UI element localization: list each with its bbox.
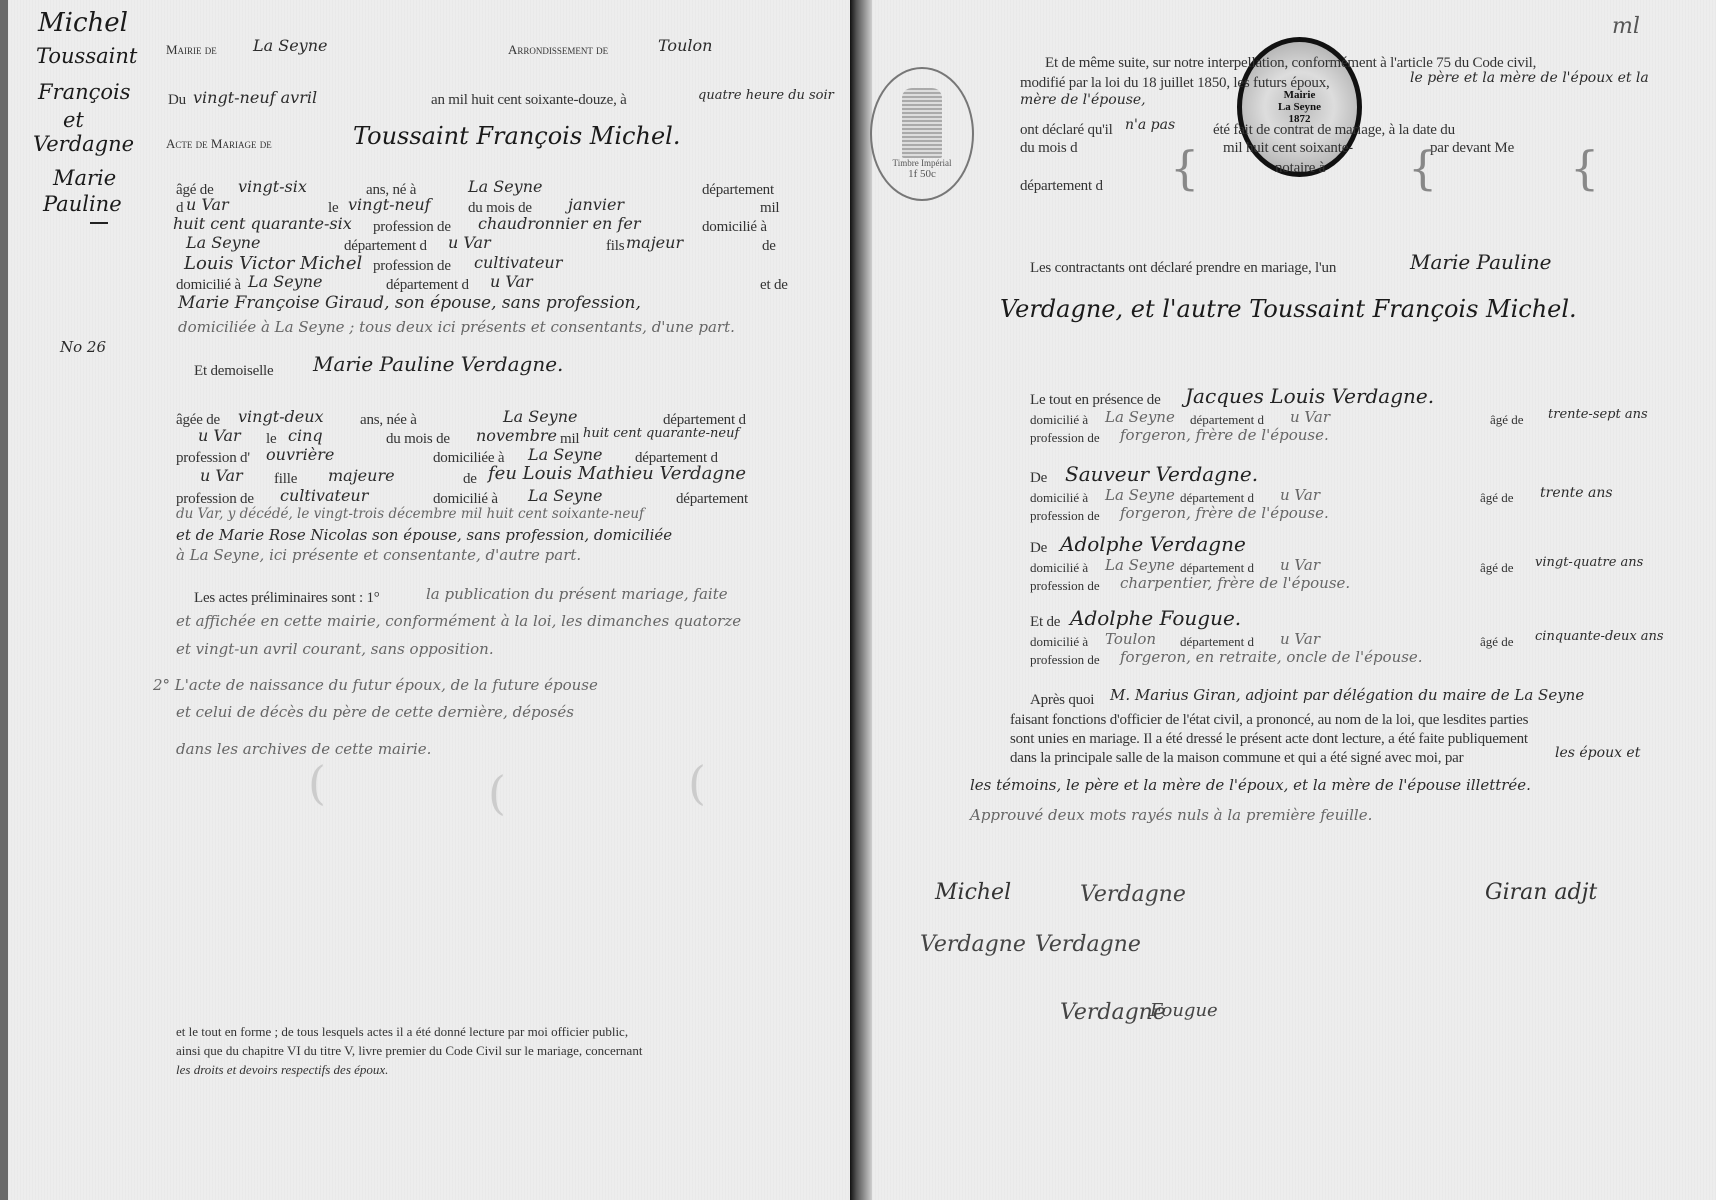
bride-profession: ouvrière (266, 445, 334, 464)
preliminary-line-3: et vingt-un avril courant, sans oppositi… (176, 640, 494, 658)
arrondissement-label: Arrondissement de (508, 42, 608, 58)
stamp-figure-icon (902, 88, 942, 158)
witness-intro: Et de (1030, 614, 1060, 631)
bride-mother-line: et de Marie Rose Nicolas son épouse, san… (176, 526, 672, 544)
groom-domicile-label: domicilié à (702, 219, 767, 236)
hour-value: quatre heure du soir (698, 88, 834, 103)
contract-dept-label: département d (1020, 178, 1103, 195)
witness-intro: Le tout en présence de (1030, 392, 1161, 409)
blank-brace: { (1408, 145, 1437, 191)
groom-of-label: de (762, 238, 776, 255)
consent-parents-2: mère de l'épouse, (1020, 92, 1146, 108)
witness-domicile: La Seyne (1105, 556, 1175, 574)
groom-and-of-label: et de (760, 277, 788, 294)
groom-dept: u Var (186, 195, 229, 214)
bride-father-name: feu Louis Mathieu Verdagne (488, 463, 746, 484)
groom-father-profession: cultivateur (474, 253, 562, 272)
groom-father-dept-label: département d (386, 277, 469, 294)
signers-2: les témoins, le père et la mère de l'épo… (970, 776, 1531, 794)
bride-daughter-status: majeure (328, 466, 395, 485)
approval-note: Approuvé deux mots rayés nuls à la premi… (970, 806, 1372, 824)
pronouncement-line-3: sont unies en mariage. Il a été dressé l… (1010, 731, 1528, 748)
witness-dept: u Var (1290, 408, 1330, 426)
closing-line-2: ainsi que du chapitre VI du titre V, liv… (176, 1043, 642, 1059)
bride-birth-year: huit cent quarante-neuf (583, 426, 739, 441)
declaration-bride: Marie Pauline (1410, 250, 1551, 274)
margin-bride-name-2: Pauline (43, 192, 122, 216)
witness-profession: forgeron, en retraite, oncle de l'épouse… (1120, 648, 1423, 666)
groom-father-dept: u Var (490, 272, 533, 291)
mairie-value: La Seyne (253, 36, 328, 55)
act-label: Acte de Mariage de (166, 136, 272, 152)
signature-officer: Giran adjt (1485, 880, 1597, 905)
witness-dom-label: domicilié à (1030, 560, 1088, 576)
bride-father-dept-label: département (676, 491, 748, 508)
witness-intro: De (1030, 540, 1047, 557)
blank-brace: ( (488, 770, 506, 816)
bride-mother-line2: à La Seyne, ici présente et consentante,… (176, 546, 581, 564)
ink-stamp-line: La Seyne (1278, 101, 1321, 113)
bride-dept: u Var (198, 426, 241, 445)
margin-surname-groom: Michel (38, 8, 128, 38)
groom-profession: chaudronnier en fer (478, 214, 640, 233)
fiscal-stamp: Timbre Impérial 1f 50c (870, 67, 974, 201)
margin-given-name-2: François (38, 80, 131, 104)
preliminary-line-5: et celui de décès du père de cette derni… (176, 703, 574, 721)
witness-age: cinquante-deux ans (1535, 629, 1664, 644)
groom-mother-line: Marie Françoise Giraud, son épouse, sans… (178, 293, 641, 313)
blank-brace: { (1570, 145, 1599, 191)
witness-name: Adolphe Verdagne (1060, 532, 1246, 556)
margin-surname-bride: Verdagne (33, 132, 134, 156)
bride-dept2: u Var (200, 466, 243, 485)
consent-parents: le père et la mère de l'époux et la (1410, 70, 1649, 86)
groom-birth-day: vingt-neuf (348, 195, 431, 214)
officer-name: M. Marius Giran, adjoint par délégation … (1110, 686, 1584, 704)
fiscal-stamp-value: 1f 50c (908, 168, 936, 180)
groom-father-domicile: La Seyne (248, 272, 323, 291)
declaration-text: Les contractants ont déclaré prendre en … (1030, 260, 1336, 277)
bride-month-label: du mois de (386, 431, 450, 448)
margin-bride-name-1: Marie (53, 166, 116, 190)
blank-brace: ( (308, 760, 326, 806)
arrondissement-value: Toulon (658, 36, 712, 55)
left-page: Michel Toussaint François et Verdagne Ma… (0, 0, 850, 1200)
declared-value: n'a pas (1125, 117, 1175, 133)
witness-age-label: âgé de (1490, 412, 1524, 428)
corner-mark: ml (1612, 14, 1640, 39)
groom-birthplace: La Seyne (468, 177, 543, 196)
act-number: No 26 (60, 338, 106, 356)
groom-son-label: fils (606, 238, 624, 255)
bride-full-name: Marie Pauline Verdagne. (313, 352, 563, 376)
blank-brace: { (1170, 145, 1199, 191)
pronouncement-line-2: faisant fonctions d'officier de l'état c… (1010, 712, 1528, 729)
notary-suffix: notaire à (1275, 160, 1325, 177)
witness-age: trente ans (1540, 485, 1613, 501)
date-value: vingt-neuf avril (193, 88, 317, 107)
mairie-label: Mairie de (166, 42, 217, 58)
groom-profession-label: profession de (373, 219, 451, 236)
bride-birth-day: cinq (288, 426, 323, 445)
groom-father-name: Louis Victor Michel (184, 253, 362, 274)
closing-line-1: et le tout en forme ; de tous lesquels a… (176, 1024, 628, 1040)
bride-born-label: ans, née à (360, 412, 417, 429)
witness-profession: charpentier, frère de l'épouse. (1120, 574, 1350, 592)
bride-age: vingt-deux (238, 407, 324, 426)
margin-given-name-1: Toussaint (36, 44, 137, 68)
declared-label: ont déclaré qu'il (1020, 122, 1113, 139)
signature-bride: Verdagne (920, 932, 1026, 957)
closing-line-3: les droits et devoirs respectifs des épo… (176, 1062, 388, 1078)
witness-prof-label: profession de (1030, 430, 1100, 446)
consent-line-2: modifié par la loi du 18 juillet 1850, l… (1020, 75, 1330, 92)
contract-year-text: mil huit cent soixante- (1223, 140, 1353, 157)
preliminary-line-2: et affichée en cette mairie, conformémen… (176, 612, 741, 630)
groom-mil-label: mil (760, 200, 779, 217)
witness-dept: u Var (1280, 556, 1320, 574)
witness-domicile: La Seyne (1105, 408, 1175, 426)
witness-profession: forgeron, frère de l'épouse. (1120, 504, 1329, 522)
signature-witness-fougue: Fougue (1150, 1000, 1218, 1021)
preliminary-line-4: 2° L'acte de naissance du futur époux, d… (153, 676, 598, 694)
contract-text: été fait de contrat de mariage, à la dat… (1213, 122, 1455, 139)
witness-domicile: Toulon (1105, 630, 1156, 648)
witness-dom-label: domicilié à (1030, 490, 1088, 506)
groom-dept-label: département (702, 182, 774, 199)
groom-birth-year: huit cent quarante-six (173, 214, 352, 233)
witness-dom-label: domicilié à (1030, 634, 1088, 650)
groom-father-dom-label: domicilié à (176, 277, 241, 294)
margin-dash (90, 222, 108, 224)
groom-dept2: u Var (448, 233, 491, 252)
witness-prof-label: profession de (1030, 508, 1100, 524)
preliminary-line-1: la publication du présent mariage, faite (426, 585, 728, 603)
groom-son-status: majeur (626, 233, 683, 252)
date-prefix: Du (168, 92, 186, 109)
witness-age: trente-sept ans (1548, 407, 1648, 422)
groom-full-name: Toussaint François Michel. (353, 122, 680, 150)
bride-father-domicile: La Seyne (528, 486, 603, 505)
witness-name: Jacques Louis Verdagne. (1185, 384, 1434, 408)
witness-age-label: âgé de (1480, 490, 1514, 506)
witness-age: vingt-quatre ans (1535, 555, 1643, 570)
bride-birth-month: novembre (476, 426, 557, 445)
pronouncement-intro: Après quoi (1030, 692, 1094, 709)
witness-dept: u Var (1280, 630, 1320, 648)
contract-month-label: du mois d (1020, 140, 1077, 157)
notary-label: par devant Me (1430, 140, 1514, 157)
bride-intro-label: Et demoiselle (194, 363, 273, 380)
bride-of-label: de (463, 471, 477, 488)
groom-domicile: La Seyne (186, 233, 261, 252)
book-gutter (850, 0, 872, 1200)
witness-prof-label: profession de (1030, 578, 1100, 594)
witness-profession: forgeron, frère de l'épouse. (1120, 426, 1329, 444)
signers-1: les époux et (1555, 745, 1640, 761)
witness-dept: u Var (1280, 486, 1320, 504)
preliminary-label: Les actes préliminaires sont : 1° (194, 590, 380, 607)
bride-domicile: La Seyne (528, 445, 603, 464)
witness-intro: De (1030, 470, 1047, 487)
pronouncement-line-4: dans la principale salle de la maison co… (1010, 750, 1463, 767)
bride-birthplace: La Seyne (503, 407, 578, 426)
year-text: an mil huit cent soixante-douze, à (431, 92, 627, 109)
blank-brace: ( (688, 760, 706, 806)
bride-father-profession: cultivateur (280, 486, 368, 505)
fiscal-stamp-label: Timbre Impérial (893, 158, 952, 168)
groom-father-prof-label: profession de (373, 258, 451, 275)
witness-name: Sauveur Verdagne. (1065, 462, 1258, 486)
witness-name: Adolphe Fougue. (1070, 606, 1241, 630)
bride-profession-label: profession d' (176, 450, 250, 467)
signature-witness: Verdagne (1080, 882, 1186, 907)
signature-witness: Verdagne (1035, 932, 1141, 957)
groom-age: vingt-six (238, 177, 307, 196)
groom-mother-line2: domiciliée à La Seyne ; tous deux ici pr… (178, 318, 735, 336)
witness-age-label: âgé de (1480, 560, 1514, 576)
groom-birth-month: janvier (568, 195, 624, 214)
witness-dom-label: domicilié à (1030, 412, 1088, 428)
bride-father-dept-death: du Var, y décédé, le vingt-trois décembr… (176, 506, 644, 522)
margin-conjunction: et (63, 108, 84, 132)
signature-groom: Michel (935, 880, 1011, 905)
declaration-couple: Verdagne, et l'autre Toussaint François … (1000, 295, 1577, 323)
witness-age-label: âgé de (1480, 634, 1514, 650)
preliminary-line-6: dans les archives de cette mairie. (176, 740, 431, 758)
witness-domicile: La Seyne (1105, 486, 1175, 504)
witness-prof-label: profession de (1030, 652, 1100, 668)
